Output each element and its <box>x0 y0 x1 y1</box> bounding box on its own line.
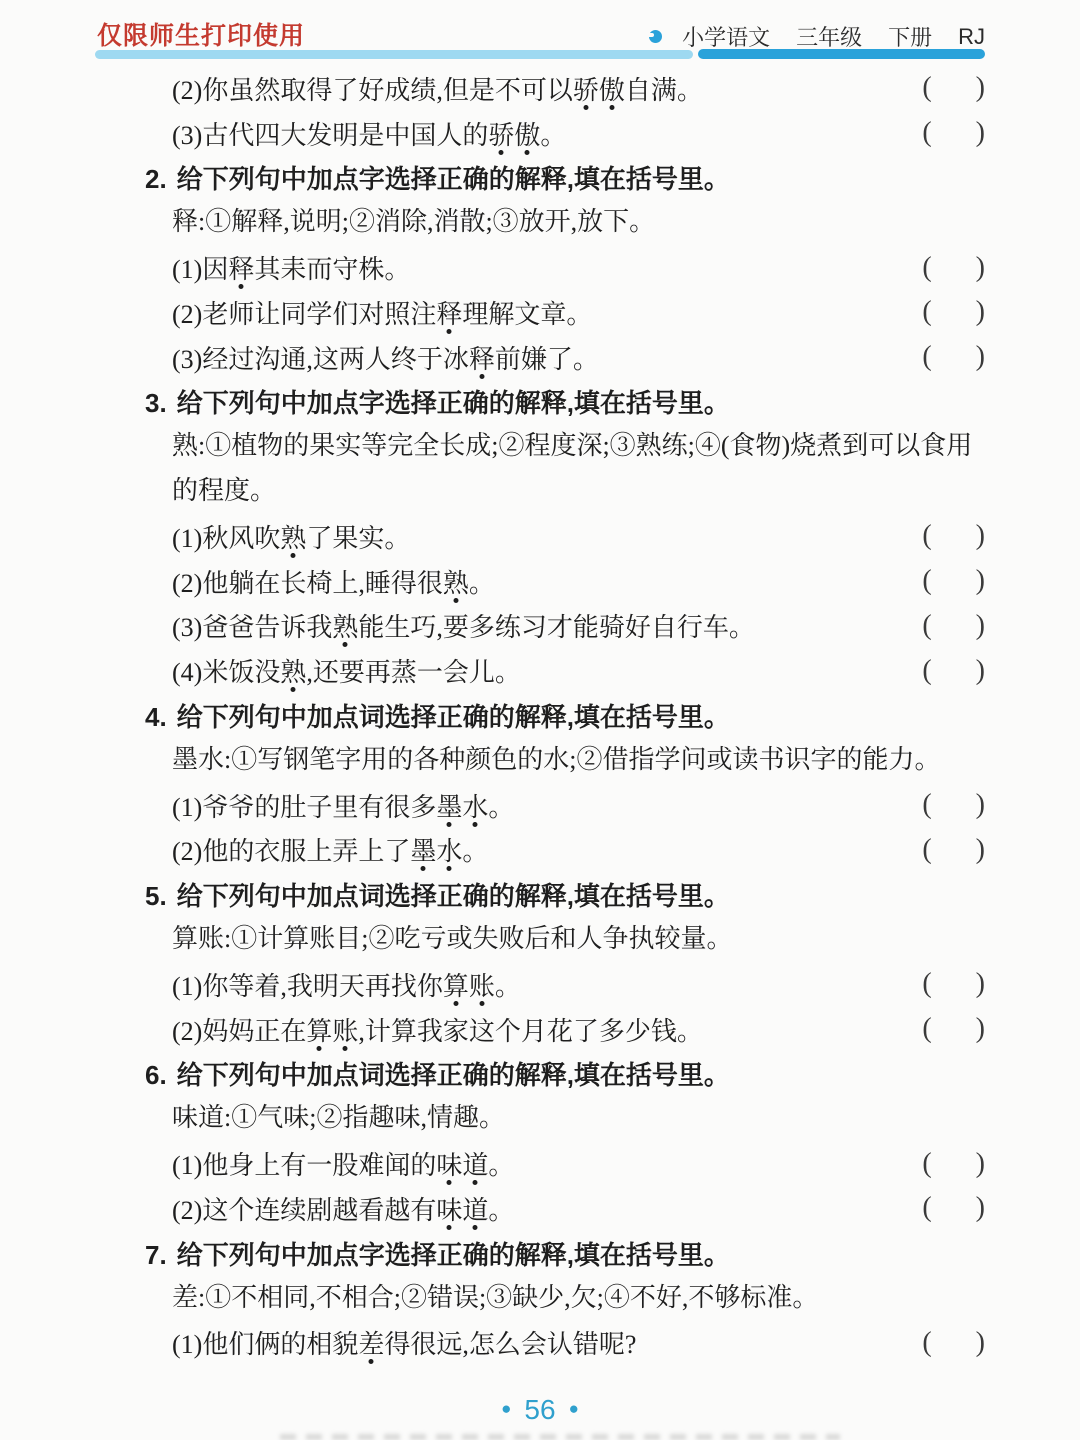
emphasized-char: 味 <box>436 1145 462 1182</box>
bullet-icon <box>649 30 662 43</box>
question-heading: 7.给下列句中加点字选择正确的解释,填在括号里。 <box>95 1231 985 1276</box>
emphasized-char: 差 <box>358 1324 384 1361</box>
emphasized-char: 傲 <box>599 70 625 107</box>
line-text: (4)米饭没熟,还要再蒸一会儿。 <box>172 652 521 689</box>
emphasized-char: 骄 <box>488 115 514 152</box>
emphasized-char: 墨 <box>410 831 436 868</box>
footer-dot-right-icon: ● <box>569 1399 579 1418</box>
emphasized-char: 释 <box>228 249 254 286</box>
question-number: 6. <box>145 1060 167 1090</box>
question-number: 4. <box>145 702 167 732</box>
emphasized-char: 道 <box>462 1145 488 1182</box>
sentence-item: (1)秋风吹熟了果实。() <box>95 514 985 559</box>
line-text: 6.给下列句中加点词选择正确的解释,填在括号里。 <box>145 1055 730 1092</box>
page-number: 56 <box>524 1394 555 1425</box>
line-text: (1)秋风吹熟了果实。 <box>172 518 410 555</box>
line-text: (2)这个连续剧越看越有味道。 <box>172 1190 514 1227</box>
line-text: (3)爸爸告诉我熟能生巧,要多练习才能骑好自行车。 <box>172 607 755 644</box>
emphasized-char: 骄 <box>573 70 599 107</box>
line-text: (3)古代四大发明是中国人的骄傲。 <box>172 115 566 152</box>
answer-brackets: () <box>922 1148 985 1180</box>
print-notice: 仅限师生打印使用 <box>97 16 305 52</box>
question-heading: 5.给下列句中加点词选择正确的解释,填在括号里。 <box>95 872 985 917</box>
line-text: 2.给下列句中加点字选择正确的解释,填在括号里。 <box>145 159 730 196</box>
emphasized-char: 算 <box>306 1011 332 1048</box>
line-text: (1)你等着,我明天再找你算账。 <box>172 966 521 1003</box>
line-text: (1)因释其耒而守株。 <box>172 249 410 286</box>
emphasized-char: 熟 <box>280 518 306 555</box>
answer-brackets: () <box>922 655 985 687</box>
answer-brackets: () <box>922 565 985 597</box>
line-text: 味道:①气味;②指趣味,情趣。 <box>172 1096 985 1141</box>
sentence-item: (2)妈妈正在算账,计算我家这个月花了多少钱。() <box>95 1007 985 1052</box>
answer-brackets: () <box>922 252 985 284</box>
definition-line: 差:①不相同,不相合;②错误;③缺少,欠;④不好,不够标准。 <box>95 1276 985 1321</box>
answer-brackets: () <box>922 296 985 328</box>
worksheet-lines: (2)你虽然取得了好成绩,但是不可以骄傲自满。()(3)古代四大发明是中国人的骄… <box>95 66 985 1365</box>
question-number: 5. <box>145 881 167 911</box>
question-number: 7. <box>145 1240 167 1270</box>
sentence-item: (2)你虽然取得了好成绩,但是不可以骄傲自满。() <box>95 66 985 111</box>
line-text: (2)老师让同学们对照注释理解文章。 <box>172 294 592 331</box>
sentence-item: (1)因释其耒而守株。() <box>95 245 985 290</box>
question-number: 3. <box>145 388 167 418</box>
line-text: (1)他们俩的相貌差得很远,怎么会认错呢? <box>172 1324 636 1361</box>
emphasized-char: 熟 <box>443 563 469 600</box>
definition-line: 释:①解释,说明;②消除,消散;③放开,放下。 <box>95 200 985 245</box>
line-text: (1)爷爷的肚子里有很多墨水。 <box>172 787 514 824</box>
answer-brackets: () <box>922 1192 985 1224</box>
answer-brackets: () <box>922 968 985 1000</box>
book-meta: 小学语文 三年级 下册 RJ <box>649 21 985 52</box>
question-number: 2. <box>145 164 167 194</box>
emphasized-char: 熟 <box>332 607 358 644</box>
sentence-item: (2)老师让同学们对照注释理解文章。() <box>95 290 985 335</box>
line-text: (2)妈妈正在算账,计算我家这个月花了多少钱。 <box>172 1011 703 1048</box>
line-text: 4.给下列句中加点词选择正确的解释,填在括号里。 <box>145 697 730 734</box>
line-text: 3.给下列句中加点字选择正确的解释,填在括号里。 <box>145 383 730 420</box>
line-text: (1)他身上有一股难闻的味道。 <box>172 1145 514 1182</box>
page-header: 仅限师生打印使用 小学语文 三年级 下册 RJ <box>95 14 985 62</box>
answer-brackets: () <box>922 1013 985 1045</box>
sentence-item: (2)这个连续剧越看越有味道。() <box>95 1186 985 1231</box>
definition-line: 墨水:①写钢笔字用的各种颜色的水;②借指学问或读书识字的能力。 <box>95 738 985 783</box>
emphasized-char: 释 <box>469 339 495 376</box>
line-text: (2)他躺在长椅上,睡得很熟。 <box>172 563 495 600</box>
sentence-item: (1)你等着,我明天再找你算账。() <box>95 962 985 1007</box>
emphasized-char: 墨 <box>436 787 462 824</box>
sentence-item: (3)古代四大发明是中国人的骄傲。() <box>95 111 985 156</box>
definition-line: 味道:①气味;②指趣味,情趣。 <box>95 1096 985 1141</box>
emphasized-char: 熟 <box>280 652 306 689</box>
line-text: 5.给下列句中加点词选择正确的解释,填在括号里。 <box>145 876 730 913</box>
sentence-item: (1)他身上有一股难闻的味道。() <box>95 1141 985 1186</box>
footer-dot-left-icon: ● <box>501 1399 511 1418</box>
emphasized-char: 水 <box>462 787 488 824</box>
line-text: 7.给下列句中加点字选择正确的解释,填在括号里。 <box>145 1235 730 1272</box>
answer-brackets: () <box>922 834 985 866</box>
sentence-item: (3)经过沟通,这两人终于冰释前嫌了。() <box>95 335 985 380</box>
sentence-item: (2)他的衣服上弄上了墨水。() <box>95 828 985 873</box>
line-text: (2)他的衣服上弄上了墨水。 <box>172 831 488 868</box>
question-heading: 2.给下列句中加点字选择正确的解释,填在括号里。 <box>95 156 985 201</box>
grade-label: 三年级 <box>796 21 862 52</box>
sentence-item: (3)爸爸告诉我熟能生巧,要多练习才能骑好自行车。() <box>95 604 985 649</box>
line-text: 差:①不相同,不相合;②错误;③缺少,欠;④不好,不够标准。 <box>172 1276 985 1321</box>
question-heading: 4.给下列句中加点词选择正确的解释,填在括号里。 <box>95 693 985 738</box>
sentence-item: (2)他躺在长椅上,睡得很熟。() <box>95 559 985 604</box>
emphasized-char: 账 <box>469 966 495 1003</box>
emphasized-char: 账 <box>332 1011 358 1048</box>
sentence-item: (1)他们俩的相貌差得很远,怎么会认错呢?() <box>95 1320 985 1365</box>
answer-brackets: () <box>922 341 985 373</box>
definition-line: 熟:①植物的果实等完全长成;②程度深;③熟练;④(食物)烧煮到可以食用的程度。 <box>95 424 985 514</box>
line-text: 释:①解释,说明;②消除,消散;③放开,放下。 <box>172 200 985 245</box>
header-bar-left <box>95 50 693 59</box>
emphasized-char: 傲 <box>514 115 540 152</box>
emphasized-char: 水 <box>436 831 462 868</box>
question-heading: 3.给下列句中加点字选择正确的解释,填在括号里。 <box>95 380 985 425</box>
answer-brackets: () <box>922 72 985 104</box>
answer-brackets: () <box>922 610 985 642</box>
emphasized-char: 释 <box>436 294 462 331</box>
line-text: 熟:①植物的果实等完全长成;②程度深;③熟练;④(食物)烧煮到可以食用的程度。 <box>172 424 985 514</box>
header-bar-right <box>698 49 985 59</box>
answer-brackets: () <box>922 1327 985 1359</box>
edition-label: RJ <box>958 24 985 50</box>
emphasized-char: 味 <box>436 1190 462 1227</box>
sentence-item: (4)米饭没熟,还要再蒸一会儿。() <box>95 648 985 693</box>
line-text: (3)经过沟通,这两人终于冰释前嫌了。 <box>172 339 599 376</box>
line-text: (2)你虽然取得了好成绩,但是不可以骄傲自满。 <box>172 70 703 107</box>
course-label: 小学语文 <box>682 21 770 52</box>
emphasized-char: 算 <box>443 966 469 1003</box>
line-text: 墨水:①写钢笔字用的各种颜色的水;②借指学问或读书识字的能力。 <box>172 738 985 783</box>
worksheet-page: 仅限师生打印使用 小学语文 三年级 下册 RJ (2)你虽然取得了好成绩,但是不… <box>0 0 1080 1440</box>
emphasized-char: 道 <box>462 1190 488 1227</box>
page-footer: ●56● <box>0 1394 1080 1426</box>
sentence-item: (1)爷爷的肚子里有很多墨水。() <box>95 783 985 828</box>
question-heading: 6.给下列句中加点词选择正确的解释,填在括号里。 <box>95 1052 985 1097</box>
line-text: 算账:①计算账目;②吃亏或失败后和人争执较量。 <box>172 917 985 962</box>
next-page-bleed <box>280 1434 840 1440</box>
answer-brackets: () <box>922 789 985 821</box>
answer-brackets: () <box>922 117 985 149</box>
volume-label: 下册 <box>888 21 932 52</box>
answer-brackets: () <box>922 520 985 552</box>
definition-line: 算账:①计算账目;②吃亏或失败后和人争执较量。 <box>95 917 985 962</box>
